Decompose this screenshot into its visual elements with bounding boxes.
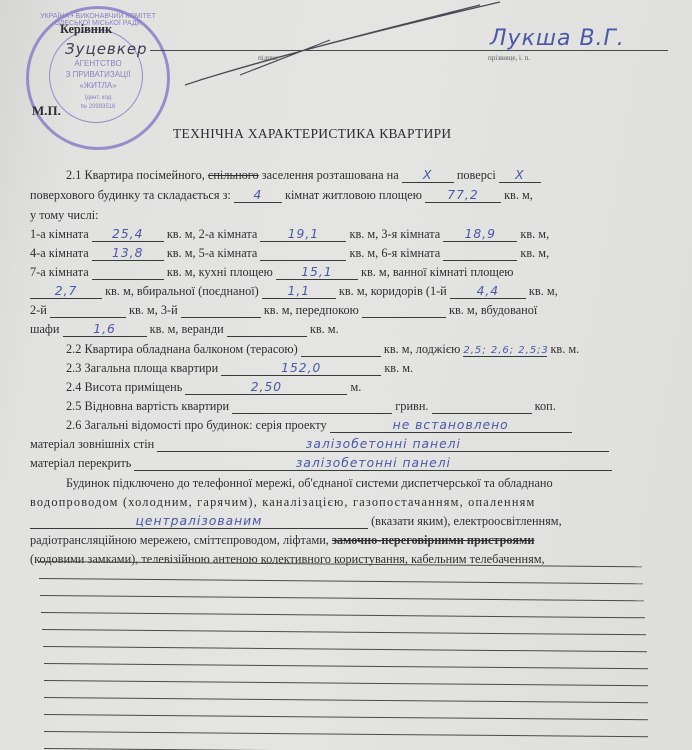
room2-field[interactable]: 19,1 [260,227,346,242]
room2-label: кв. м, 2-а кімната [167,227,258,241]
section-2-4: 2.4 Висота приміщень 2,50 м. [66,380,361,395]
room1-field[interactable]: 25,4 [92,227,164,242]
hallway-field[interactable] [362,303,446,318]
unit-label: кв. м, [529,284,558,298]
room6-field[interactable] [443,246,517,261]
section-2-2: 2.2 Квартира обладнана балконом (терасою… [66,342,579,357]
cost-label: 2.5 Відновна вартість квартири [66,399,229,413]
kop-label: коп. [535,399,556,413]
corridor1-field[interactable]: 4,4 [450,284,526,299]
stamp-line4: Ідент. код [29,95,167,101]
rooms-row-1: 1-а кімната 25,4 кв. м, 2-а кімната 19,1… [30,227,549,242]
rooms-row-3: 7-а кімната кв. м, кухні площею 15,1 кв.… [30,265,513,280]
building-text: поверхового будинку та складається з: [30,188,231,202]
document-page: УКРАЇНА • ВИКОНАВЧИЙ КОМІТЕТ ОДЕСЬКОЇ МІ… [0,0,692,750]
veranda-label: кв. м, веранди [150,322,224,336]
cost-uah-field[interactable] [232,399,392,414]
unit-label: кв. м. [550,342,579,356]
unit-label: кв. м, [520,227,549,241]
balcony-label: 2.2 Квартира обладнана балконом (терасою… [66,342,298,356]
room6-label: кв. м, 6-я кімната [349,246,440,260]
blank-line [40,595,644,601]
uah-label: гривн. [395,399,428,413]
toilet-field[interactable]: 1,1 [262,284,336,299]
signer-name: Лукша В.Г. [490,26,625,51]
section-2-3: 2.3 Загальна площа квартири 152,0 кв. м. [66,361,413,376]
struck-text: спільного [208,168,259,182]
floors-material-label: матеріал перекрить [30,456,131,470]
unit-label: м. [351,380,362,394]
electricity-text: (вказати яким), електроосвітленням, [371,514,562,528]
veranda-field[interactable] [227,322,307,337]
cost-kop-field[interactable] [432,399,532,414]
including-label: у тому числі: [30,208,99,223]
project-series-label: 2.6 Загальні відомості про будинок: сері… [66,418,327,432]
rooms-row-4: 2,7 кв. м, вбиральної (поєднаної) 1,1 кв… [30,284,558,299]
balcony-field[interactable] [301,342,381,357]
struck-intercom-text: замочно-переговірними пристроями [332,533,534,547]
heating-field[interactable]: централізованим [30,514,368,529]
total-area-label: 2.3 Загальна площа квартири [66,361,218,375]
floors-row: матеріал перекрить залізобетонні панелі [30,456,612,471]
unit-label: кв. м. [310,322,339,336]
signature-strokes [180,0,510,90]
corridor2-label: 2-й [30,303,47,317]
total-area-field[interactable]: 152,0 [221,361,381,376]
living-area-label: кімнат житловою площею [285,188,422,202]
floors-total-field[interactable]: X [499,168,541,183]
closet-label-b: шафи [30,322,59,336]
blank-line [42,629,646,635]
intro-text: 2.1 Квартира посімейного, [66,168,205,182]
utilities-line1: Будинок підключено до телефонної мережі,… [66,476,553,491]
hallway-label: кв. м, передпокою [264,303,359,317]
rooms-row-5: 2-й кв. м, 3-й кв. м, передпокою кв. м, … [30,303,537,318]
floors-material-field[interactable]: залізобетонні панелі [134,456,612,471]
rooms-count-field[interactable]: 4 [234,188,282,203]
signature-caption: підпис [258,54,278,62]
blank-line [44,680,648,686]
walls-field[interactable]: залізобетонні панелі [157,437,609,452]
radio-text: радіотрансляційною мережею, сміттєпровод… [30,533,329,547]
bathroom-label: кв. м, ванної кімнаті площею [361,265,514,279]
unit-label: кв. м. [384,361,413,375]
section-2-1-line1: 2.1 Квартира посімейного, спільного засе… [66,168,541,183]
toilet-label: кв. м, вбиральної (поєднаної) [105,284,259,298]
room5-field[interactable] [260,246,346,261]
height-field[interactable]: 2,50 [185,380,347,395]
corridor3-label: кв. м, 3-й [129,303,178,317]
room7-field[interactable] [92,265,164,280]
loggia-field[interactable]: 2,5; 2,6; 2,5;3 [463,345,547,357]
unit-label: кв. м, [504,188,533,202]
blank-line [43,646,647,652]
blank-line [41,612,645,618]
room7-label: 7-а кімната [30,265,89,279]
walls-label: матеріал зовнішніх стін [30,437,154,451]
closet-field[interactable]: 1,6 [63,322,147,337]
blank-line [39,578,643,584]
kitchen-label: кв. м, кухні площею [167,265,273,279]
room1-label: 1-а кімната [30,227,89,241]
loggia-label: кв. м, лоджією [384,342,460,356]
stamp-line3: «ЖИТЛА» [29,81,167,90]
room4-label: 4-а кімната [30,246,89,260]
section-2-5: 2.5 Відновна вартість квартири гривн. ко… [66,399,556,414]
utilities-line3: централізованим (вказати яким), електроо… [30,514,562,529]
rooms-row-2: 4-а кімната 13,8 кв. м, 5-а кімната кв. … [30,246,549,261]
corridor3-field[interactable] [181,303,261,318]
floor-label: поверсі [457,168,496,182]
stamp-line1: АГЕНТСТВО [29,59,167,68]
blank-line [44,697,648,703]
floor-field[interactable]: X [402,168,454,183]
room3-field[interactable]: 18,9 [443,227,517,242]
utilities-line2: водопроводом (холодним, гарячим), каналі… [30,495,535,510]
blank-line [44,663,648,669]
stamp-line2: З ПРИВАТИЗАЦІЇ [29,70,167,79]
blank-line [44,731,648,737]
kitchen-field[interactable]: 15,1 [276,265,358,280]
page-title: ТЕХНІЧНА ХАРАКТЕРИСТИКА КВАРТИРИ [173,126,451,142]
room5-label: кв. м, 5-а кімната [167,246,258,260]
project-series-field[interactable]: не встановлено [330,418,572,433]
section-2-6: 2.6 Загальні відомості про будинок: сері… [66,418,572,433]
living-area-field[interactable]: 77,2 [425,188,501,203]
intro-text-b: заселення розташована на [262,168,399,182]
room3-label: кв. м, 3-я кімната [349,227,440,241]
room4-field[interactable]: 13,8 [92,246,164,261]
signature-scribble: Зуцевкер [65,40,148,58]
bathroom-field[interactable]: 2,7 [30,284,102,299]
rooms-row-6: шафи 1,6 кв. м, веранди кв. м. [30,322,339,337]
corridor2-field[interactable] [50,303,126,318]
walls-row: матеріал зовнішніх стін залізобетонні па… [30,437,609,452]
section-2-1-line2: поверхового будинку та складається з: 4 … [30,188,533,203]
corridor1-label: кв. м, коридорів (1-й [339,284,447,298]
utilities-line4: радіотрансляційною мережею, сміттєпровод… [30,533,534,548]
seal-label: М.П. [32,103,61,119]
unit-label: кв. м, [520,246,549,260]
blank-line [44,714,648,720]
height-label: 2.4 Висота приміщень [66,380,182,394]
closet-label: кв. м, вбудованої [449,303,537,317]
role-label: Керівник [60,22,112,37]
name-caption: прізвище, і. п. [488,54,530,62]
